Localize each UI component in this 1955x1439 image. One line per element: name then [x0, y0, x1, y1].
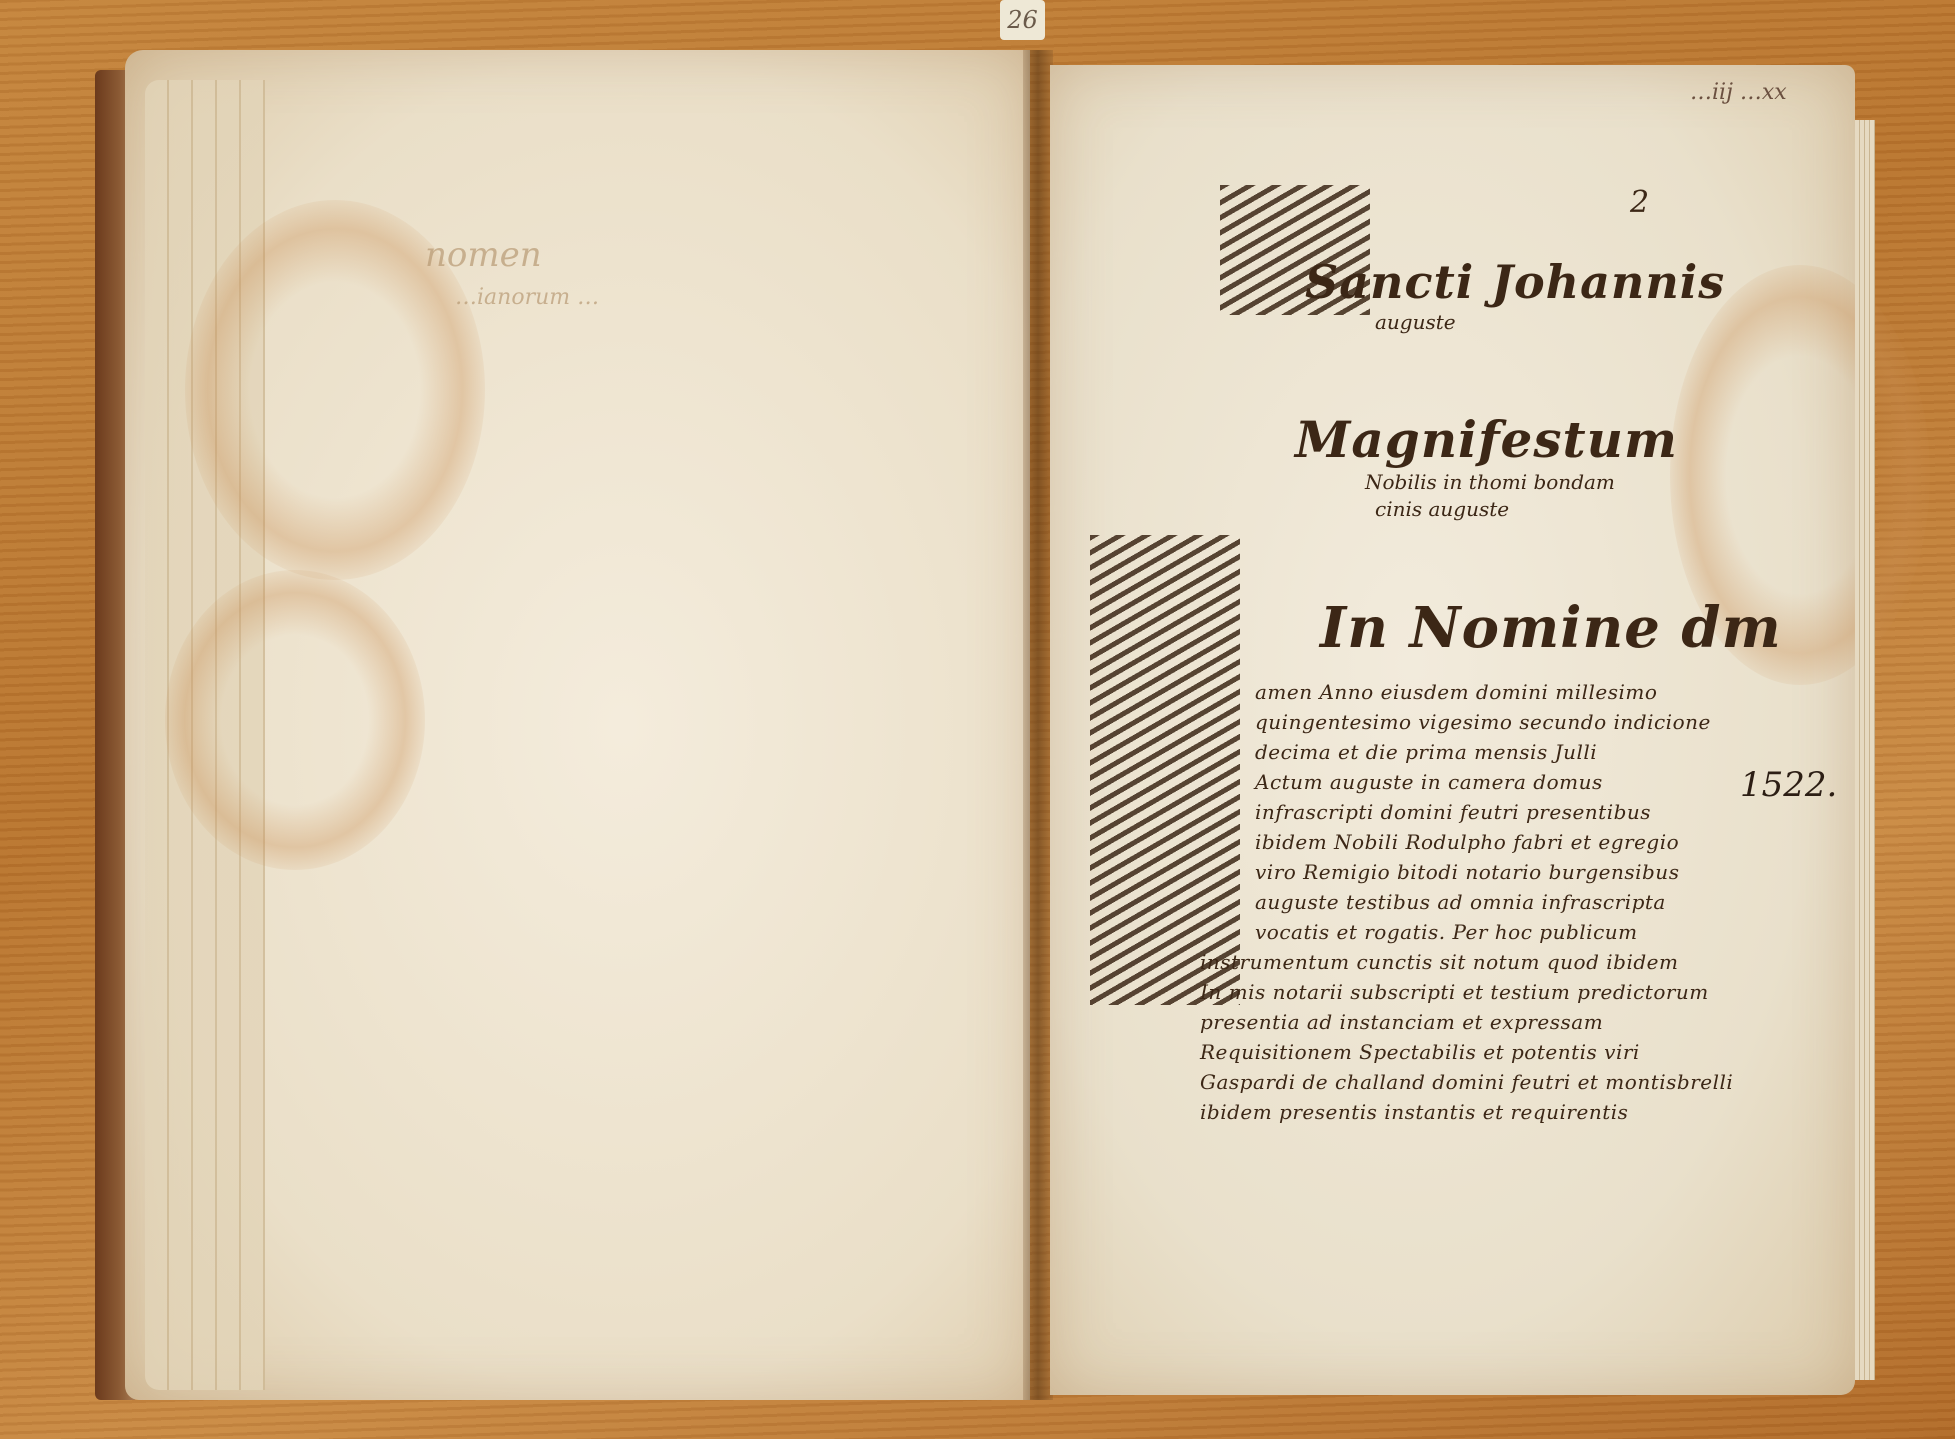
open-manuscript: nomen …ianorum … …iij …xx 2 Sancti Johan… [95, 40, 1900, 1435]
water-stain [165, 570, 425, 870]
body-line: infrascripti domini feutri presentibus [1255, 800, 1651, 824]
page-edges [1855, 120, 1875, 1380]
body-line: quingentesimo vigesimo secundo indicione [1255, 710, 1711, 734]
right-page: …iij …xx 2 Sancti Johannis auguste Magni… [1050, 65, 1855, 1395]
body-line: ibidem Nobili Rodulpho fabri et egregio [1255, 830, 1679, 854]
archive-tab-label: 26 [1000, 0, 1045, 40]
heading-in-nomine: In Nomine dm [1320, 595, 1782, 661]
left-page: nomen …ianorum … [125, 50, 1030, 1400]
body-line: auguste testibus ad omnia infrascripta [1255, 890, 1666, 914]
body-line: amen Anno eiusdem domini millesimo [1255, 680, 1657, 704]
body-line: ibidem presentis instantis et requirenti… [1200, 1100, 1628, 1124]
margin-year: 1522. [1740, 765, 1837, 805]
faint-offset-text: …ianorum … [455, 285, 599, 310]
faint-offset-text: nomen [425, 235, 542, 275]
body-line: viro Remigio bitodi notario burgensibus [1255, 860, 1679, 884]
body-line: In mis notarii subscripti et testium pre… [1200, 980, 1709, 1004]
heading-subtitle: auguste [1375, 310, 1456, 334]
decorated-initial-i [1090, 535, 1240, 1005]
book-gutter [1023, 50, 1053, 1400]
heading-sancti-johannis: Sancti Johannis [1305, 255, 1725, 309]
heading-magnifestum: Magnifestum [1295, 410, 1678, 469]
heading-subtitle: Nobilis in thomi bondam [1365, 470, 1615, 494]
body-line: Requisitionem Spectabilis et potentis vi… [1200, 1040, 1640, 1064]
body-line: vocatis et rogatis. Per hoc publicum [1255, 920, 1638, 944]
body-line: Gaspardi de challand domini feutri et mo… [1200, 1070, 1733, 1094]
body-line: presentia ad instanciam et expressam [1200, 1010, 1603, 1034]
corner-note: …iij …xx [1690, 80, 1787, 105]
body-line: instrumentum cunctis sit notum quod ibid… [1200, 950, 1678, 974]
body-line: decima et die prima mensis Julli [1255, 740, 1597, 764]
body-line: Actum auguste in camera domus [1255, 770, 1603, 794]
folio-number: 2 [1630, 185, 1649, 220]
heading-subtitle: cinis auguste [1375, 497, 1509, 521]
